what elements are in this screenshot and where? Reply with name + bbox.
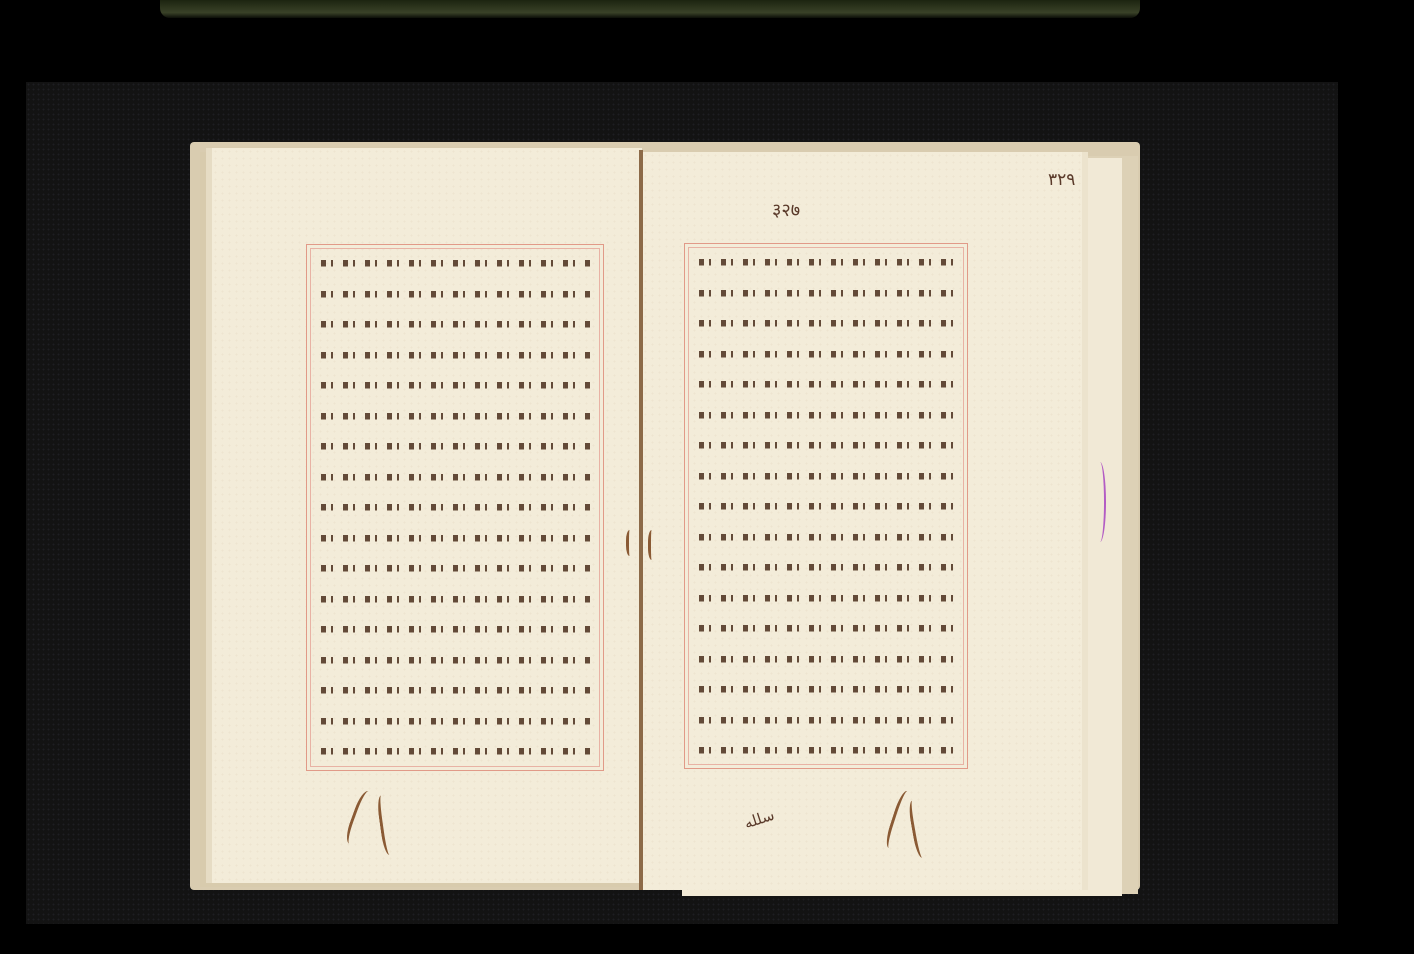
script-line bbox=[695, 740, 957, 758]
script-line bbox=[317, 558, 593, 576]
script-line bbox=[317, 284, 593, 302]
script-line bbox=[695, 618, 957, 636]
left-text-frame bbox=[306, 244, 604, 771]
script-line bbox=[695, 557, 957, 575]
script-line bbox=[695, 313, 957, 331]
script-line bbox=[317, 741, 593, 759]
left-text-lines bbox=[317, 253, 593, 772]
script-line bbox=[317, 619, 593, 637]
script-line bbox=[317, 436, 593, 454]
script-line bbox=[695, 374, 957, 392]
script-line bbox=[695, 466, 957, 484]
script-line bbox=[317, 406, 593, 424]
script-line bbox=[695, 405, 957, 423]
script-line bbox=[317, 589, 593, 607]
library-stamp-mark bbox=[1094, 462, 1106, 542]
script-line bbox=[695, 496, 957, 514]
worm-damage bbox=[626, 530, 635, 556]
page-number-corner: ٣٢٩ bbox=[1048, 170, 1075, 190]
script-line bbox=[695, 649, 957, 667]
script-line bbox=[695, 710, 957, 728]
page-number-center: ३२७ bbox=[772, 198, 800, 222]
book-gutter bbox=[639, 150, 643, 890]
top-film-strip bbox=[160, 0, 1140, 18]
script-line bbox=[695, 252, 957, 270]
script-line bbox=[695, 588, 957, 606]
script-line bbox=[695, 435, 957, 453]
script-line bbox=[317, 345, 593, 363]
script-line bbox=[695, 679, 957, 697]
script-line bbox=[695, 283, 957, 301]
script-line bbox=[317, 680, 593, 698]
right-text-lines bbox=[695, 252, 957, 771]
script-line bbox=[317, 314, 593, 332]
worm-damage bbox=[648, 530, 657, 560]
script-line bbox=[695, 527, 957, 545]
script-line bbox=[317, 253, 593, 271]
script-line bbox=[317, 467, 593, 485]
script-line bbox=[695, 344, 957, 362]
script-line bbox=[317, 528, 593, 546]
right-text-frame bbox=[684, 243, 968, 769]
script-line bbox=[317, 711, 593, 729]
script-line bbox=[317, 497, 593, 515]
script-line bbox=[317, 375, 593, 393]
script-line bbox=[317, 650, 593, 668]
